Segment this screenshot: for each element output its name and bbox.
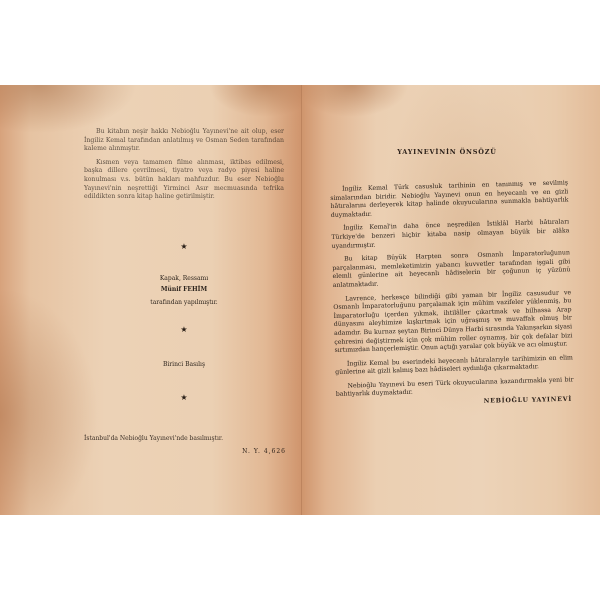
- preface-paragraph-2: İngiliz Kemal'in daha önce neşredilen İs…: [331, 219, 570, 251]
- copyright-paragraph-1: Bu kitabın neşir hakkı Nebioğlu Yayınevi…: [84, 128, 284, 154]
- copyright-paragraph-2: Kısmen veya tamamen filme alınması, ikti…: [84, 159, 284, 202]
- copyright-notice: Bu kitabın neşir hakkı Nebioğlu Yayınevi…: [84, 128, 284, 207]
- printer-imprint: İstanbul'da Nebioğlu Yayınevi'nde basılm…: [84, 435, 284, 442]
- star-ornament-2: ★: [84, 325, 284, 334]
- edition-label: Birinci Basılış: [84, 361, 284, 370]
- preface-body: İngiliz Kemal Türk casusluk tarihinin en…: [330, 179, 574, 405]
- open-book-photo: Bu kitabın neşir hakkı Nebioğlu Yayınevi…: [0, 85, 600, 515]
- right-page: YAYINEVİNİN ÖNSÖZÜ İngiliz Kemal Türk ca…: [302, 85, 600, 515]
- star-ornament-3: ★: [84, 393, 284, 402]
- preface-paragraph-5: İngiliz Kemal bu eserindeki heyecanlı hâ…: [335, 354, 573, 378]
- preface-paragraph-4: Lavrence, herkesçe bilindiği gibi yaman …: [333, 289, 573, 356]
- catalog-number: N. Y. 4,626: [210, 448, 286, 455]
- preface-paragraph-3: Bu kitap Büyük Harpten sonra Osmanlı İmp…: [332, 249, 571, 290]
- cover-credit-line-1: Kapak, Ressamı: [84, 275, 284, 284]
- cover-artist-name: Münif FEHİM: [84, 286, 284, 295]
- preface-heading: YAYINEVİNİN ÖNSÖZÜ: [382, 148, 512, 156]
- cover-credit-line-3: tarafından yapılmıştır.: [84, 299, 284, 308]
- publisher-signature: NEBİOĞLU YAYINEVİ: [462, 396, 572, 405]
- preface-paragraph-1: İngiliz Kemal Türk casusluk tarihinin en…: [330, 179, 569, 220]
- star-ornament-1: ★: [84, 242, 284, 251]
- left-page: Bu kitabın neşir hakkı Nebioğlu Yayınevi…: [0, 85, 302, 515]
